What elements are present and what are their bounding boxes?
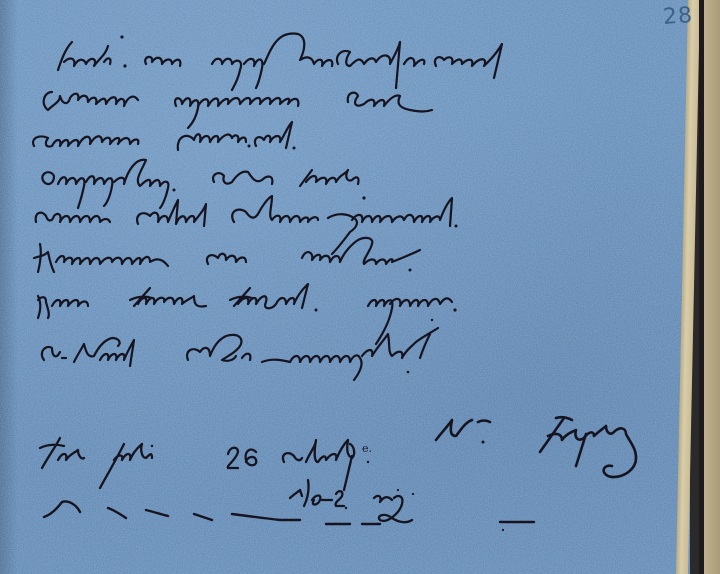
handwritten-line-2 (44, 92, 432, 128)
handwritten-line-5 (36, 196, 458, 254)
handwritten-line-1 (58, 34, 502, 90)
dateline-strokes: e. (40, 438, 414, 522)
handwritten-line-8 (42, 328, 438, 380)
date-superscript: e. (362, 442, 372, 455)
signature-strokes (436, 417, 636, 477)
handwritten-line-3 (33, 122, 295, 150)
handwritten-line-4 (42, 160, 365, 208)
handwritten-line-7 (38, 284, 457, 344)
decorative-flourish (44, 501, 534, 531)
handwritten-line-6 (34, 238, 420, 272)
handwriting: e. (0, 0, 720, 574)
